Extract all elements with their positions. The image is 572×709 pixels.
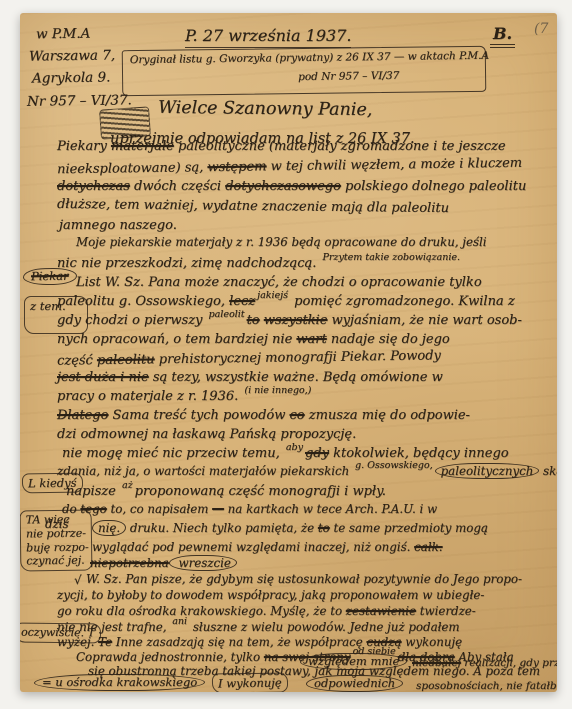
archive-note-line: Oryginał listu g. Gworzyka (prywatny) z … [130,51,489,66]
manuscript-line: Dlatego Sama treść tych powodów co zmusz… [57,409,470,422]
struck-text: Piekar [31,269,69,284]
inserted-text: g. Ossowskiego, [355,460,433,471]
manuscript-line: paleolitu g. Ossowskiego, leczjakiejś po… [57,295,515,308]
text-segment: wyglądać pod pewnemi względami inaczej, … [92,540,414,554]
bottom-note-oval: odpowiednich [306,675,403,692]
text-segment: druku. Niech tylko pamięta, że [126,521,318,535]
margin-note-box: z tem. [24,296,88,334]
page-number: (7 [534,22,548,36]
margin-note-box: L kiedyś [22,473,83,494]
text-segment: paleolityczne (materjały zgromadzone i t… [174,139,506,154]
manuscript-line: niepotrzebna wreszcie [90,558,237,570]
struck-text: gdy [305,446,329,461]
manuscript-line: Moje piekarskie materjały z r. 1936 będą… [76,237,487,249]
manuscript-line: wyglądać pod pewnemi względami inaczej, … [92,542,443,554]
text-segment: te same przedmioty mogą [330,521,488,535]
archive-note-box: Oryginał listu g. Gworzyka (prywatny) z … [122,46,487,96]
insertion-mark: √ [74,575,82,587]
letterhead-line: w P.M.A [36,26,91,43]
struck-text: paleolitu [97,352,155,368]
scanned-letter-page: { "corner": { "l1": "w P.M.A", "l2": "Wa… [0,0,572,709]
text-segment: są tezy, wszystkie ważne. Będą omówione … [149,370,443,385]
text-segment: część [57,353,97,369]
text-segment: w tej chwili węzłem, a może i kluczem [266,156,522,175]
text-segment: realizacji, gdy przy [461,657,557,669]
manuscript-line: dzi odmownej na łaskawą Pańską propozycj… [57,428,356,441]
manuscript-line: jest duża i nie są tezy, wszystkie ważne… [57,371,443,384]
text-segment: nieeksploatowane) są, [57,160,208,177]
margin-note-line: buję rozpo- [26,540,86,555]
bottom-note-oval: względem mnie [300,653,407,670]
manuscript-line: pracy o materjale z r. 1936. (i nie inne… [57,390,313,403]
inserted-text: Przytem takie zobowiązanie. [323,252,461,263]
struck-text: dotychczasowego [225,179,341,194]
text-segment: na kartkach w tece Arch. P.A.U. i w [224,502,437,516]
manuscript-line: zdania, niż ja, o wartości materjałów pi… [57,466,557,478]
text-segment: słuszne z wielu powodów. Jedne już podał… [189,620,460,634]
text-segment: dwóch części [130,179,225,194]
margin-note-box: oczywiście. T [20,623,101,644]
struck-text: co [290,408,305,423]
inserted-text: aż [122,480,133,491]
struck-text: lecz [229,294,255,309]
manuscript-line: W. Sz. Pan pisze, że gdybym się ustosunk… [86,574,522,586]
salutation: Wielce Szanowny Panie, [158,100,372,120]
manuscript-line: nie mogę mieć nic przeciw temu, abygdy k… [62,447,509,460]
manuscript-line: część paleolitu prehistorycznej monograf… [57,349,441,367]
struck-text: niedbałej [412,657,461,669]
text-segment: nych opracowań, o tem bardziej nie [57,332,296,347]
text-segment: polskiego dolnego paleolitu [341,179,526,194]
manuscript-line: nie nie jest trafne, ani słuszne z wielu… [57,622,460,634]
text-segment: proponowaną część monografji i wpły. [135,484,386,499]
manuscript-line: Piekary materjałe paleolityczne (materja… [57,140,506,153]
bottom-note-line: niedbałej realizacji, gdy przy [412,658,557,669]
bottom-note-line: sposobnościach, nie fatałba. [416,681,557,692]
text-segment: wyjaśniam, że nie wart osob- [327,313,521,328]
margin-word: dziś [45,519,69,531]
text-segment: wykonuję [401,635,462,649]
archive-note-line: pod Nr 957 – VI/37 [298,71,399,83]
struck-text: — [212,502,224,516]
manuscript-line: nię. druku. Niech tylko pamięta, że to t… [92,523,488,535]
struck-text: Dlatego [57,408,108,423]
date-text: P. 27 września 1937. [185,26,351,48]
struck-text: jest duża i nie [57,370,149,385]
date-line: P. 27 września 1937. [185,28,351,44]
text-segment: nie mogę mieć nic przeciw temu, [62,446,284,461]
manuscript-line: nieeksploatowane) są, wstępem w tej chwi… [57,157,522,176]
manuscript-line: dotychczas dwóch części dotychczasowego … [57,180,526,193]
manuscript-line: List W. Sz. Pana może znaczyć, że chodzi… [76,276,482,289]
mark-text: B. [490,24,515,48]
struck-text: to [318,521,330,535]
letterhead-line: Agrykola 9. [32,69,111,86]
text-segment: nic nie przeszkodzi, zimę nadchodzącą. [57,256,321,271]
manuscript-line: wyżej. Te Inne zasadzają się na tem, że … [57,637,462,649]
text-segment: zdania, niż ja, o wartości materjałów pi… [57,464,353,478]
manuscript-line: nic nie przeszkodzi, zimę nadchodzącą. P… [57,257,462,270]
manuscript-line: napisze ażproponowaną część monografji i… [66,485,386,498]
text-segment: prehistorycznej monografji Piekar. Powod… [154,348,440,367]
text-segment: Sama treść tych powodów [108,408,289,423]
struck-text: niepotrzebna [90,556,169,570]
text-segment: Coprawda jednostronnie, tylko [76,650,264,664]
inserted-text: ani [172,616,187,627]
bottom-note-oval: = u ośrodka krakowskiego [34,674,205,691]
text-segment: to, co napisałem [107,502,212,516]
margin-note-line: czynać jej. [26,554,86,569]
manuscript-line: zycji, to byłoby to dowodem współpracy, … [57,590,484,602]
struck-text: wstępem [207,159,266,175]
margin-note-circled: Piekar [23,268,77,285]
text-segment: pomięć zgromadzonego. Kwilna z [290,294,515,309]
manuscript-line: dłuższe, tem ważniej, wydatne znaczenie … [57,198,449,215]
circled-text: nię. [92,520,126,536]
text-segment: go roku dla ośrodka krakowskiego. Myślę,… [57,604,346,618]
manuscript-line: do tego to, co napisałem — na kartkach w… [62,504,437,516]
text-segment: pracy o materjale z r. 1936. [57,389,242,404]
struck-text: dotychczas [57,179,130,194]
inserted-text: paleolit [209,309,245,320]
text-segment: ktokolwiek, będący innego [329,446,509,461]
letterhead-file-number: Nr 957 – VI/37. [27,92,132,109]
struck-text: wart [296,332,326,347]
text-segment: Piekary [57,139,111,154]
circled-text: paleolitycznych [435,463,540,479]
letter-mark: B. [490,26,515,42]
manuscript-line: gdy chodzi o pierwszy paleolitto wszystk… [57,314,522,327]
inserted-text: (i nie innego,) [244,385,311,396]
inserted-text: jakiejś [257,290,288,301]
manuscript-line: nych opracowań, o tem bardziej nie wart … [57,333,450,346]
circled-text: wreszcie [169,555,237,571]
struck-text: wszystkie [264,313,328,328]
text-segment: Inne zasadzają się na tem, że współpracę [112,635,366,649]
inserted-text: aby [286,442,303,453]
manuscript-line: go roku dla ośrodka krakowskiego. Myślę,… [57,606,476,618]
text-segment: zmusza mię do odpowie- [305,408,470,423]
text-segment: skał [539,464,557,478]
letterhead-line: Warszawa 7, [29,47,115,64]
struck-text: to [247,313,260,328]
text-segment: twierdze- [416,604,476,618]
struck-text: materjałe [111,139,174,154]
letter-paper: w P.M.A Warszawa 7, Agrykola 9. Nr 957 –… [20,13,557,692]
text-segment: nadaje się do jego [327,332,450,347]
manuscript-line: jamnego naszego. [59,219,177,232]
struck-text: zestawienie [346,604,416,618]
bottom-note-box: I wykonuję [212,672,288,692]
struck-text: całk. [414,540,442,554]
